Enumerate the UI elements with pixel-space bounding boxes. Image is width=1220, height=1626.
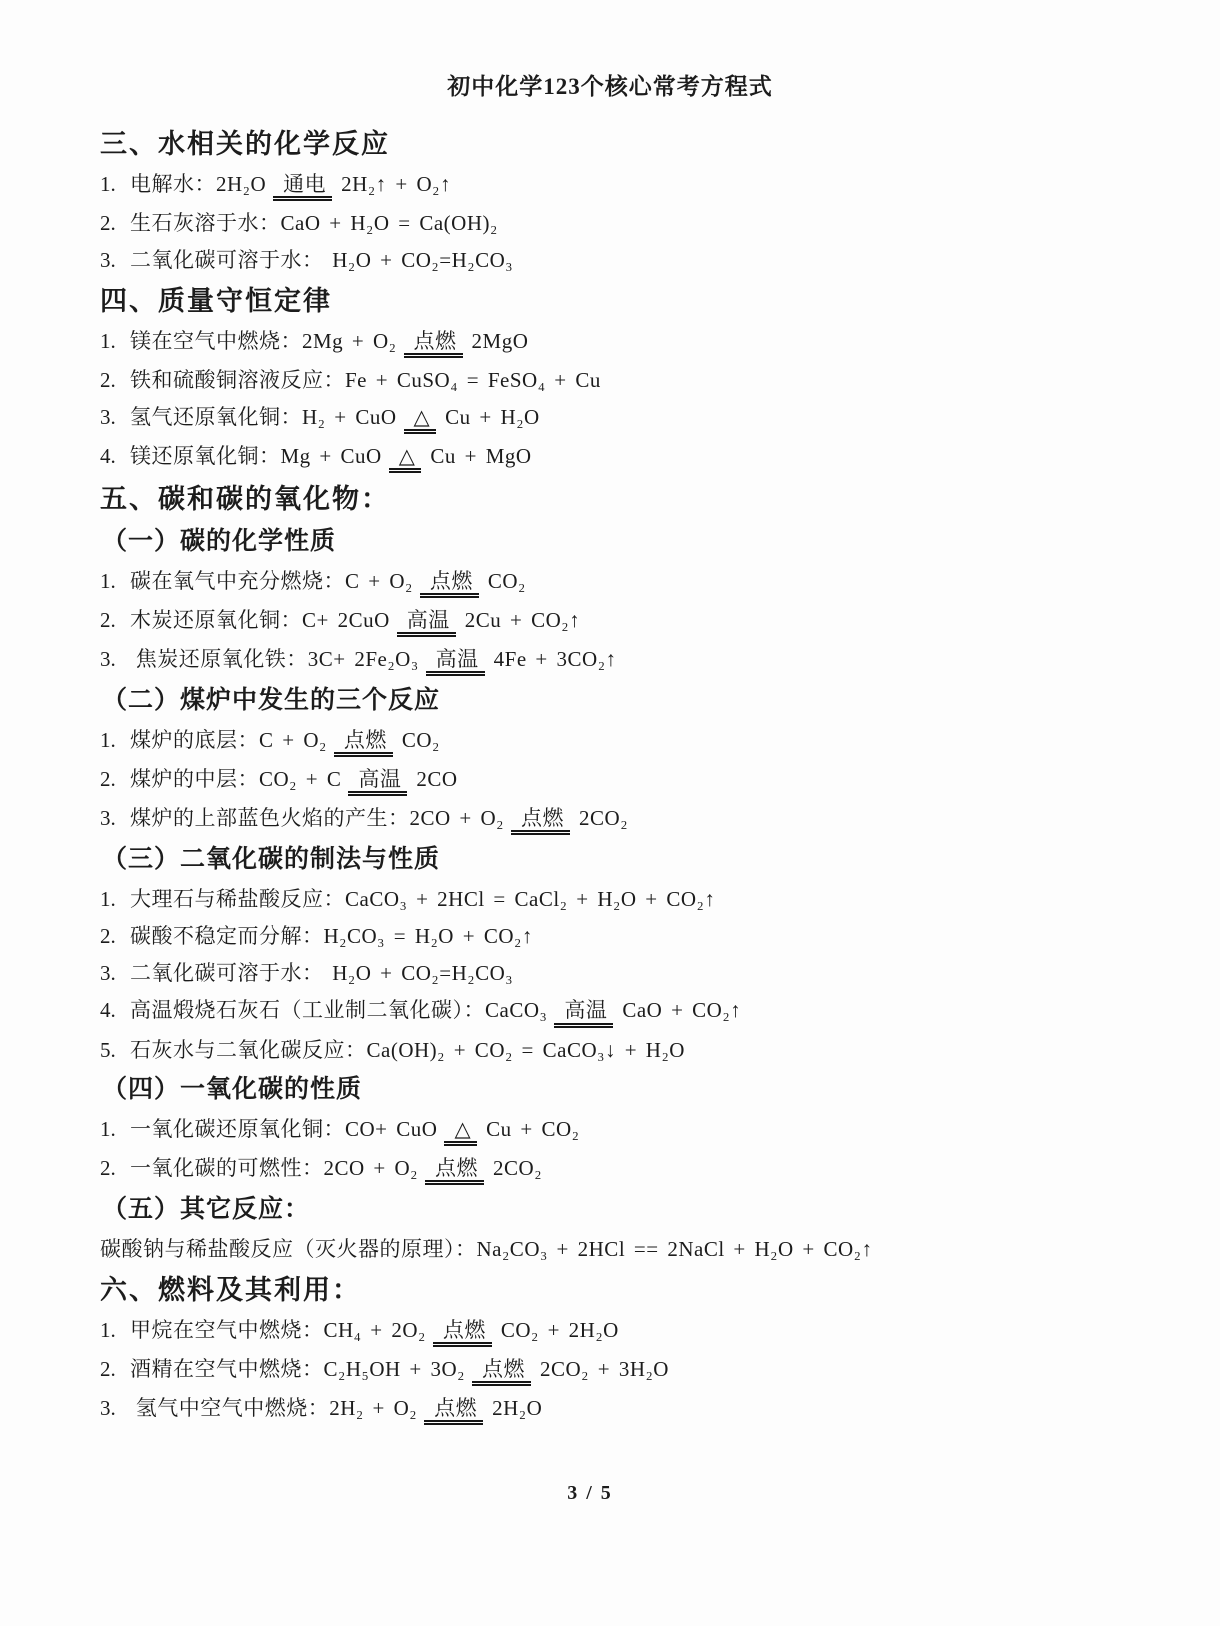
item-number: 1. xyxy=(100,327,130,356)
item-label: 一氧化碳还原氧化铜： xyxy=(130,1117,345,1141)
chemical-equation: CaCO₃ + 2HCl = CaCl₂ + H₂O + CO₂↑ xyxy=(345,887,715,911)
page-title: 初中化学123个核心常考方程式 xyxy=(0,0,1220,102)
item-label: 高温煅烧石灰石（工业制二氧化碳）： xyxy=(130,998,485,1022)
chemical-equation: C₂H₅OH + 3O₂点燃2CO₂ + 3H₂O xyxy=(324,1357,669,1381)
equation-line: 1.煤炉的底层：C + O₂点燃CO₂ xyxy=(100,726,1160,757)
chemical-equation: CH₄ + 2O₂点燃CO₂ + 2H₂O xyxy=(324,1318,619,1342)
equation-line: 1.电解水：2H₂O通电2H₂↑ + O₂↑ xyxy=(100,170,1160,201)
item-number: 2. xyxy=(100,922,130,951)
formula-text: Ca(OH)₂ + CO₂ = CaCO₃↓ + H₂O xyxy=(367,1038,685,1062)
equation-line: 2.碳酸不稳定而分解：H₂CO₃ = H₂O + CO₂↑ xyxy=(100,922,1160,951)
chemical-equation: H₂O + CO₂=H₂CO₃ xyxy=(324,248,514,272)
formula-text: 2CO₂ xyxy=(493,1156,542,1180)
chemical-equation: H₂O + CO₂=H₂CO₃ xyxy=(324,961,514,985)
reaction-condition: 高温 xyxy=(426,648,485,676)
formula-text: 2CO₂ xyxy=(579,806,628,830)
equation-line: 3.二氧化碳可溶于水： H₂O + CO₂=H₂CO₃ xyxy=(100,959,1160,988)
item-number: 3. xyxy=(100,1394,130,1423)
chemical-equation: CO+ CuO△Cu + CO₂ xyxy=(345,1117,579,1141)
subsection-heading: （二）煤炉中发生的三个反应 xyxy=(102,683,1160,718)
formula-text: C₂H₅OH + 3O₂ xyxy=(324,1357,465,1381)
item-number: 2. xyxy=(100,1154,130,1183)
formula-text: H₂CO₃ = H₂O + CO₂↑ xyxy=(324,924,533,948)
formula-text: CO₂ xyxy=(402,728,440,752)
item-label: 生石灰溶于水： xyxy=(130,211,281,235)
formula-text: CH₄ + 2O₂ xyxy=(324,1318,426,1342)
chemical-equation: Mg + CuO△Cu + MgO xyxy=(281,444,532,468)
reaction-condition: 点燃 xyxy=(425,1157,484,1185)
formula-text: 2CO xyxy=(416,767,457,791)
item-label: 煤炉的上部蓝色火焰的产生： xyxy=(130,806,410,830)
item-number: 1. xyxy=(100,567,130,596)
formula-text: Mg + CuO xyxy=(281,444,382,468)
formula-text: 2H₂ + O₂ xyxy=(329,1396,417,1420)
equation-line: 2.铁和硫酸铜溶液反应：Fe + CuSO₄ = FeSO₄ + Cu xyxy=(100,366,1160,395)
formula-text: 2MgO xyxy=(472,329,529,353)
formula-text: CO₂ + 2H₂O xyxy=(501,1318,619,1342)
reaction-condition: 点燃 xyxy=(424,1397,483,1425)
item-number: 3. xyxy=(100,246,130,275)
document-page: { "page": { "title": "初中化学123个核心常考方程式", … xyxy=(0,0,1220,1626)
formula-text: 3C+ 2Fe₂O₃ xyxy=(308,647,419,671)
formula-text: Cu + MgO xyxy=(430,444,531,468)
formula-text: Cu + CO₂ xyxy=(486,1117,579,1141)
section-heading: 四、质量守恒定律 xyxy=(100,283,1160,319)
equation-line: 2.酒精在空气中燃烧：C₂H₅OH + 3O₂点燃2CO₂ + 3H₂O xyxy=(100,1355,1160,1386)
chemical-equation: CO₂ + C高温2CO xyxy=(259,767,458,791)
item-label: 铁和硫酸铜溶液反应： xyxy=(130,368,345,392)
equation-line: 4.镁还原氧化铜：Mg + CuO△Cu + MgO xyxy=(100,442,1160,473)
formula-text: CO₂ xyxy=(488,569,526,593)
formula-text: 2Mg + O₂ xyxy=(302,329,397,353)
formula-text: 2CO + O₂ xyxy=(324,1156,419,1180)
reaction-condition: 高温 xyxy=(554,999,613,1027)
item-label: 镁还原氧化铜： xyxy=(130,444,281,468)
item-label: 甲烷在空气中燃烧： xyxy=(130,1318,324,1342)
formula-text: H₂ + CuO xyxy=(302,405,397,429)
chemical-equation: 2CO + O₂点燃2CO₂ xyxy=(324,1156,543,1180)
item-label: 氢气还原氧化铜： xyxy=(130,405,302,429)
chemical-equation: CaO + H₂O = Ca(OH)₂ xyxy=(281,211,498,235)
formula-text: Fe + CuSO₄ = FeSO₄ + Cu xyxy=(345,368,601,392)
subsection-heading: （四）一氧化碳的性质 xyxy=(102,1072,1160,1107)
chemical-equation: CaCO₃高温CaO + CO₂↑ xyxy=(485,998,741,1022)
item-label: 石灰水与二氧化碳反应： xyxy=(130,1038,367,1062)
item-number: 4. xyxy=(100,442,130,471)
formula-text: C+ 2CuO xyxy=(302,608,390,632)
item-label: 镁在空气中燃烧： xyxy=(130,329,302,353)
equation-line: 1.甲烷在空气中燃烧：CH₄ + 2O₂点燃CO₂ + 2H₂O xyxy=(100,1316,1160,1347)
section-heading: 五、碳和碳的氧化物： xyxy=(100,481,1160,517)
formula-text: Na₂CO₃ + 2HCl == 2NaCl + H₂O + CO₂↑ xyxy=(477,1237,873,1261)
document-body: 三、水相关的化学反应1.电解水：2H₂O通电2H₂↑ + O₂↑2.生石灰溶于水… xyxy=(100,126,1160,1425)
item-number: 3. xyxy=(100,645,130,674)
formula-text: 4Fe + 3CO₂↑ xyxy=(494,647,617,671)
item-number: 1. xyxy=(100,1115,130,1144)
reaction-condition: 点燃 xyxy=(334,729,393,757)
chemical-equation: C + O₂点燃CO₂ xyxy=(345,569,526,593)
formula-text: CaO + H₂O = Ca(OH)₂ xyxy=(281,211,498,235)
item-label: 碳酸钠与稀盐酸反应（灭火器的原理）： xyxy=(100,1237,477,1261)
item-label: 煤炉的中层： xyxy=(130,767,259,791)
section-heading: 三、水相关的化学反应 xyxy=(100,126,1160,162)
reaction-condition: 点燃 xyxy=(433,1319,492,1347)
equation-line: 3. 氢气中空气中燃烧：2H₂ + O₂点燃2H₂O xyxy=(100,1394,1160,1425)
formula-text: 2CO + O₂ xyxy=(410,806,505,830)
chemical-equation: C+ 2CuO高温2Cu + CO₂↑ xyxy=(302,608,580,632)
item-label: 一氧化碳的可燃性： xyxy=(130,1156,324,1180)
equation-line: 3.氢气还原氧化铜：H₂ + CuO△Cu + H₂O xyxy=(100,403,1160,434)
item-number: 2. xyxy=(100,209,130,238)
reaction-condition: 高温 xyxy=(397,609,456,637)
chemical-equation: Na₂CO₃ + 2HCl == 2NaCl + H₂O + CO₂↑ xyxy=(477,1237,873,1261)
formula-text: H₂O + CO₂=H₂CO₃ xyxy=(324,248,514,272)
equation-line: 1.碳在氧气中充分燃烧：C + O₂点燃CO₂ xyxy=(100,567,1160,598)
formula-text: CaCO₃ xyxy=(485,998,547,1022)
item-number: 3. xyxy=(100,403,130,432)
item-number: 2. xyxy=(100,1355,130,1384)
item-number: 4. xyxy=(100,996,130,1025)
item-label: 二氧化碳可溶于水： xyxy=(130,961,324,985)
item-label: 碳酸不稳定而分解： xyxy=(130,924,324,948)
chemical-equation: 2Mg + O₂点燃2MgO xyxy=(302,329,528,353)
equation-line: 4.高温煅烧石灰石（工业制二氧化碳）：CaCO₃高温CaO + CO₂↑ xyxy=(100,996,1160,1027)
item-label: 木炭还原氧化铜： xyxy=(130,608,302,632)
chemical-equation: 3C+ 2Fe₂O₃高温4Fe + 3CO₂↑ xyxy=(308,647,617,671)
reaction-condition: 点燃 xyxy=(511,807,570,835)
reaction-condition: △ xyxy=(389,445,422,473)
item-label: 大理石与稀盐酸反应： xyxy=(130,887,345,911)
chemical-equation: Fe + CuSO₄ = FeSO₄ + Cu xyxy=(345,368,601,392)
reaction-condition: 通电 xyxy=(273,173,332,201)
chemical-equation: 2H₂O通电2H₂↑ + O₂↑ xyxy=(216,172,451,196)
subsection-heading: （一）碳的化学性质 xyxy=(102,524,1160,559)
item-number: 3. xyxy=(100,959,130,988)
item-label: 焦炭还原氧化铁： xyxy=(130,647,308,671)
equation-line: 2.木炭还原氧化铜：C+ 2CuO高温2Cu + CO₂↑ xyxy=(100,606,1160,637)
item-label: 煤炉的底层： xyxy=(130,728,259,752)
item-number: 3. xyxy=(100,804,130,833)
item-number: 1. xyxy=(100,885,130,914)
equation-line: 5.石灰水与二氧化碳反应：Ca(OH)₂ + CO₂ = CaCO₃↓ + H₂… xyxy=(100,1036,1160,1065)
chemical-equation: C + O₂点燃CO₂ xyxy=(259,728,440,752)
equation-line: 3. 焦炭还原氧化铁：3C+ 2Fe₂O₃高温4Fe + 3CO₂↑ xyxy=(100,645,1160,676)
formula-text: 2H₂O xyxy=(492,1396,542,1420)
equation-line: 3.二氧化碳可溶于水： H₂O + CO₂=H₂CO₃ xyxy=(100,246,1160,275)
formula-text: CaO + CO₂↑ xyxy=(622,998,741,1022)
item-number: 2. xyxy=(100,765,130,794)
equation-line: 2.生石灰溶于水：CaO + H₂O = Ca(OH)₂ xyxy=(100,209,1160,238)
equation-line: 1.镁在空气中燃烧：2Mg + O₂点燃2MgO xyxy=(100,327,1160,358)
section-heading: 六、燃料及其利用： xyxy=(100,1272,1160,1308)
reaction-condition: 点燃 xyxy=(420,570,479,598)
formula-text: CO+ CuO xyxy=(345,1117,437,1141)
formula-text: 2Cu + CO₂↑ xyxy=(465,608,580,632)
equation-line: 2.煤炉的中层：CO₂ + C高温2CO xyxy=(100,765,1160,796)
formula-text: CO₂ + C xyxy=(259,767,341,791)
formula-text: 2H₂↑ + O₂↑ xyxy=(341,172,451,196)
chemical-equation: H₂ + CuO△Cu + H₂O xyxy=(302,405,540,429)
reaction-condition: △ xyxy=(404,406,437,434)
reaction-condition: 点燃 xyxy=(404,330,463,358)
page-number: 3 / 5 xyxy=(0,1482,1200,1505)
item-number: 1. xyxy=(100,726,130,755)
item-label: 二氧化碳可溶于水： xyxy=(130,248,324,272)
equation-paragraph: 碳酸钠与稀盐酸反应（灭火器的原理）：Na₂CO₃ + 2HCl == 2NaCl… xyxy=(100,1235,1160,1264)
reaction-condition: △ xyxy=(444,1118,477,1146)
item-number: 2. xyxy=(100,606,130,635)
formula-text: 2CO₂ + 3H₂O xyxy=(540,1357,669,1381)
formula-text: H₂O + CO₂=H₂CO₃ xyxy=(324,961,514,985)
formula-text: Cu + H₂O xyxy=(445,405,540,429)
item-number: 5. xyxy=(100,1036,130,1065)
chemical-equation: 2CO + O₂点燃2CO₂ xyxy=(410,806,629,830)
item-number: 2. xyxy=(100,366,130,395)
subsection-heading: （五）其它反应： xyxy=(102,1192,1160,1227)
chemical-equation: Ca(OH)₂ + CO₂ = CaCO₃↓ + H₂O xyxy=(367,1038,685,1062)
equation-line: 2.一氧化碳的可燃性：2CO + O₂点燃2CO₂ xyxy=(100,1154,1160,1185)
item-number: 1. xyxy=(100,1316,130,1345)
chemical-equation: H₂CO₃ = H₂O + CO₂↑ xyxy=(324,924,533,948)
item-number: 1. xyxy=(100,170,130,199)
item-label: 碳在氧气中充分燃烧： xyxy=(130,569,345,593)
subsection-heading: （三）二氧化碳的制法与性质 xyxy=(102,842,1160,877)
reaction-condition: 高温 xyxy=(348,768,407,796)
reaction-condition: 点燃 xyxy=(472,1358,531,1386)
chemical-equation: 2H₂ + O₂点燃2H₂O xyxy=(329,1396,542,1420)
item-label: 酒精在空气中燃烧： xyxy=(130,1357,324,1381)
item-label: 氢气中空气中燃烧： xyxy=(130,1396,329,1420)
equation-line: 3.煤炉的上部蓝色火焰的产生：2CO + O₂点燃2CO₂ xyxy=(100,804,1160,835)
formula-text: CaCO₃ + 2HCl = CaCl₂ + H₂O + CO₂↑ xyxy=(345,887,715,911)
item-label: 电解水： xyxy=(130,172,216,196)
formula-text: C + O₂ xyxy=(259,728,327,752)
equation-line: 1.一氧化碳还原氧化铜：CO+ CuO△Cu + CO₂ xyxy=(100,1115,1160,1146)
formula-text: 2H₂O xyxy=(216,172,266,196)
equation-line: 1.大理石与稀盐酸反应：CaCO₃ + 2HCl = CaCl₂ + H₂O +… xyxy=(100,885,1160,914)
formula-text: C + O₂ xyxy=(345,569,413,593)
